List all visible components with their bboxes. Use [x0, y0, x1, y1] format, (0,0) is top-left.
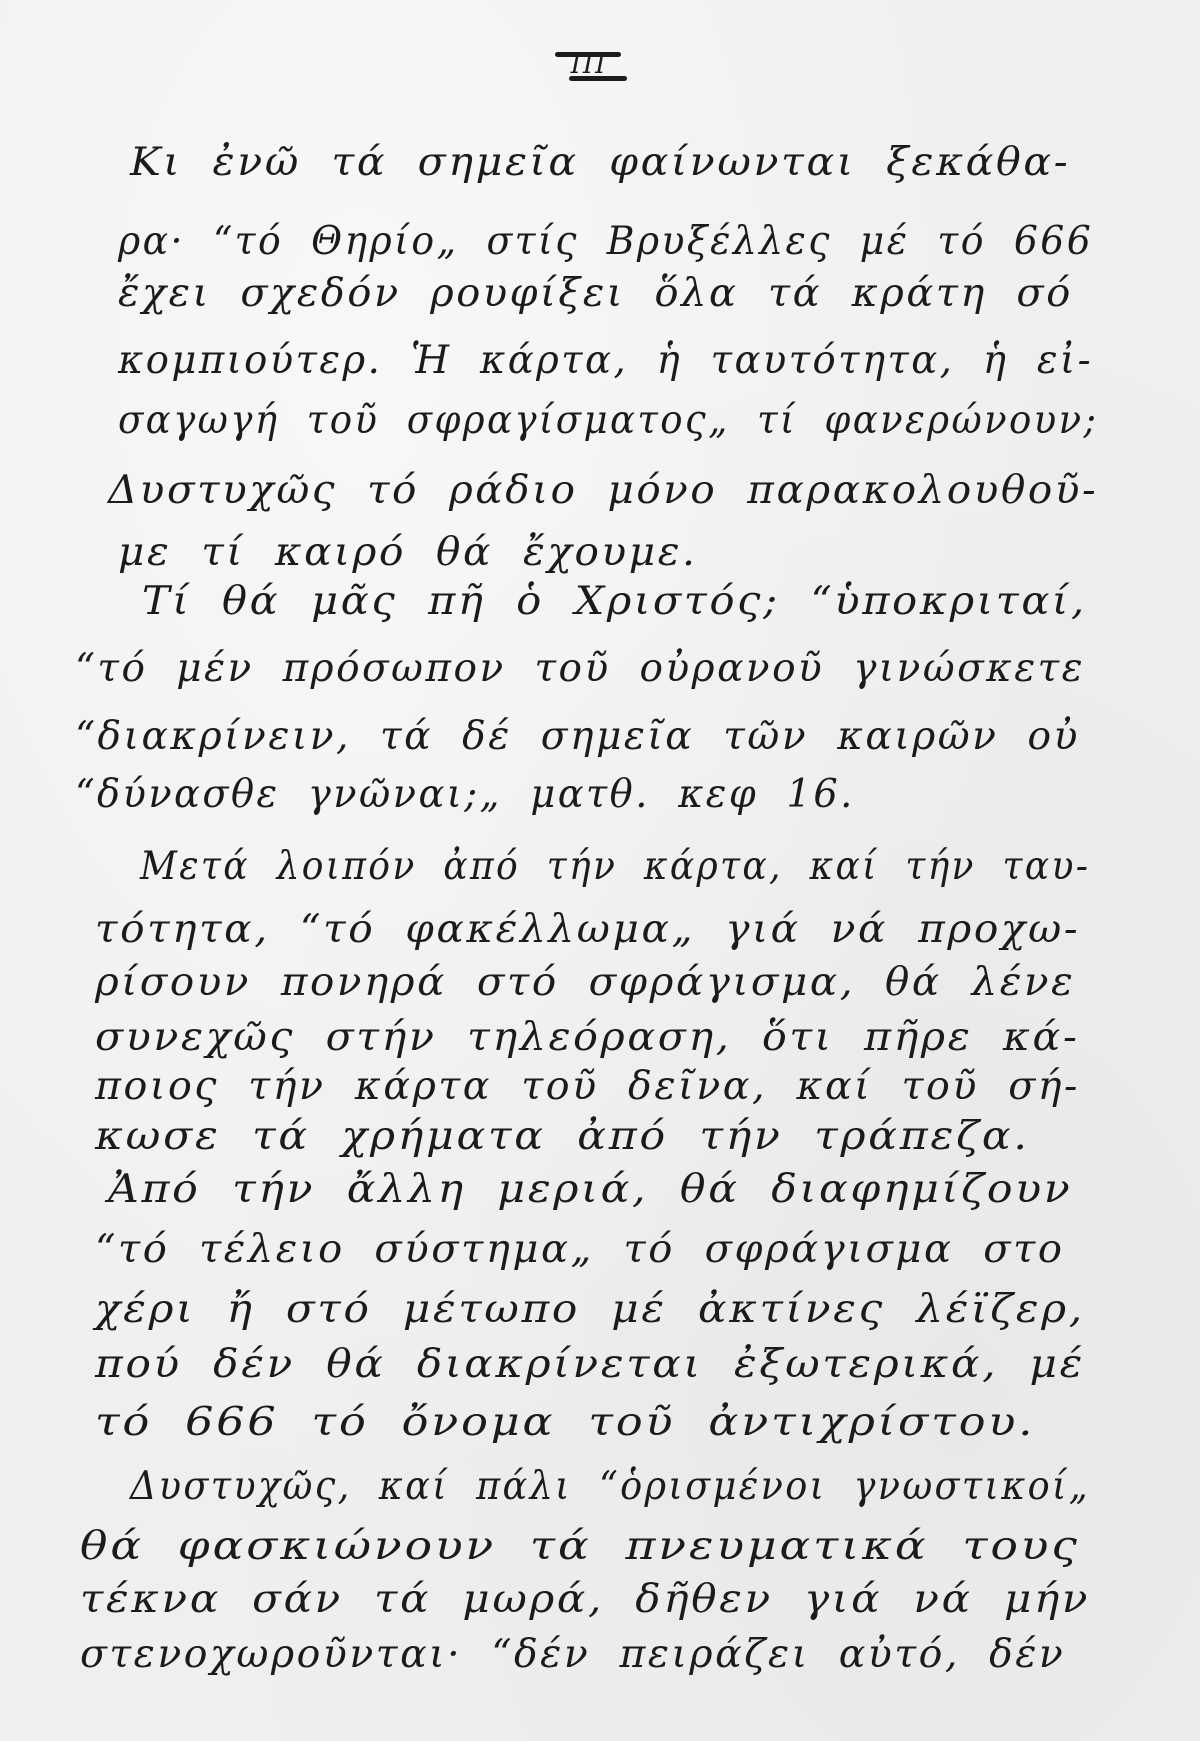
text-line: ρίσουν πονηρά στό σφράγισμα, θά λένε — [95, 958, 1075, 1008]
text-line: Ἀπό τήν ἄλλη μεριά, θά διαφημίζουν — [108, 1165, 1072, 1215]
text-line: κωσε τά χρήματα ἀπό τήν τράπεζα. — [95, 1112, 1030, 1162]
text-line: κομπιούτερ. Ἡ κάρτα, ἡ ταυτότητα, ἡ εἰ- — [118, 336, 1093, 386]
text-line: σαγωγή τοῦ σφραγίσματος„ τί φανερώνουν; — [118, 396, 1098, 446]
text-line: ἔχει σχεδόν ρουφίξει ὅλα τά κράτη σό — [118, 269, 1073, 319]
text-line: ρα· “τό Θηρίο„ στίς Βρυξέλλες μέ τό 666 — [118, 217, 1093, 267]
text-line: “τό τέλειο σύστημα„ τό σφράγισμα στο — [95, 1225, 1065, 1275]
text-line: “διακρίνειν, τά δέ σημεῖα τῶν καιρῶν οὐ — [75, 712, 1080, 762]
text-line: στενοχωροῦνται· “δέν πειράζει αὐτό, δέν — [80, 1630, 1065, 1680]
text-line: “δύνασθε γνῶναι;„ ματθ. κεφ 16. — [75, 770, 855, 820]
text-line: “τό μέν πρόσωπον τοῦ οὐρανοῦ γινώσκετε — [75, 644, 1085, 694]
text-line: θά φασκιώνουν τά πνευματικά τους — [80, 1522, 1080, 1572]
page-number-header: III — [555, 44, 621, 84]
text-line: Κι ἐνῶ τά σημεῖα φαίνωνται ξεκάθα- — [130, 138, 1070, 188]
text-line: πού δέν θά διακρίνεται ἐξωτερικά, μέ — [95, 1340, 1085, 1390]
page-number-underline — [569, 76, 627, 81]
text-line: Δυστυχῶς τό ράδιο μόνο παρακολουθοῦ- — [108, 466, 1098, 516]
text-line: Μετά λοιπόν ἀπό τήν κάρτα, καί τήν ταυ- — [140, 842, 1090, 892]
text-line: Τί θά μᾶς πῆ ὁ Χριστός; “ὑποκριταί, — [142, 577, 1087, 627]
text-line: ποιος τήν κάρτα τοῦ δεῖνα, καί τοῦ σή- — [95, 1062, 1080, 1112]
text-line: τό 666 τό ὄνομα τοῦ ἀντιχρίστου. — [95, 1398, 1035, 1448]
text-line: τέκνα σάν τά μωρά, δῆθεν γιά νά μήν — [80, 1575, 1090, 1625]
text-line: Δυστυχῶς, καί πάλι “ὁρισμένοι γνωστικοί„ — [130, 1462, 1090, 1512]
text-line: χέρι ἤ στό μέτωπο μέ ἀκτίνες λέϊζερ, — [95, 1285, 1085, 1335]
text-line: συνεχῶς στήν τηλεόραση, ὅτι πῆρε κά- — [95, 1013, 1079, 1063]
text-line: με τί καιρό θά ἔχουμε. — [118, 528, 698, 578]
text-line: τότητα, “τό φακέλλωμα„ γιά νά προχω- — [95, 905, 1080, 955]
